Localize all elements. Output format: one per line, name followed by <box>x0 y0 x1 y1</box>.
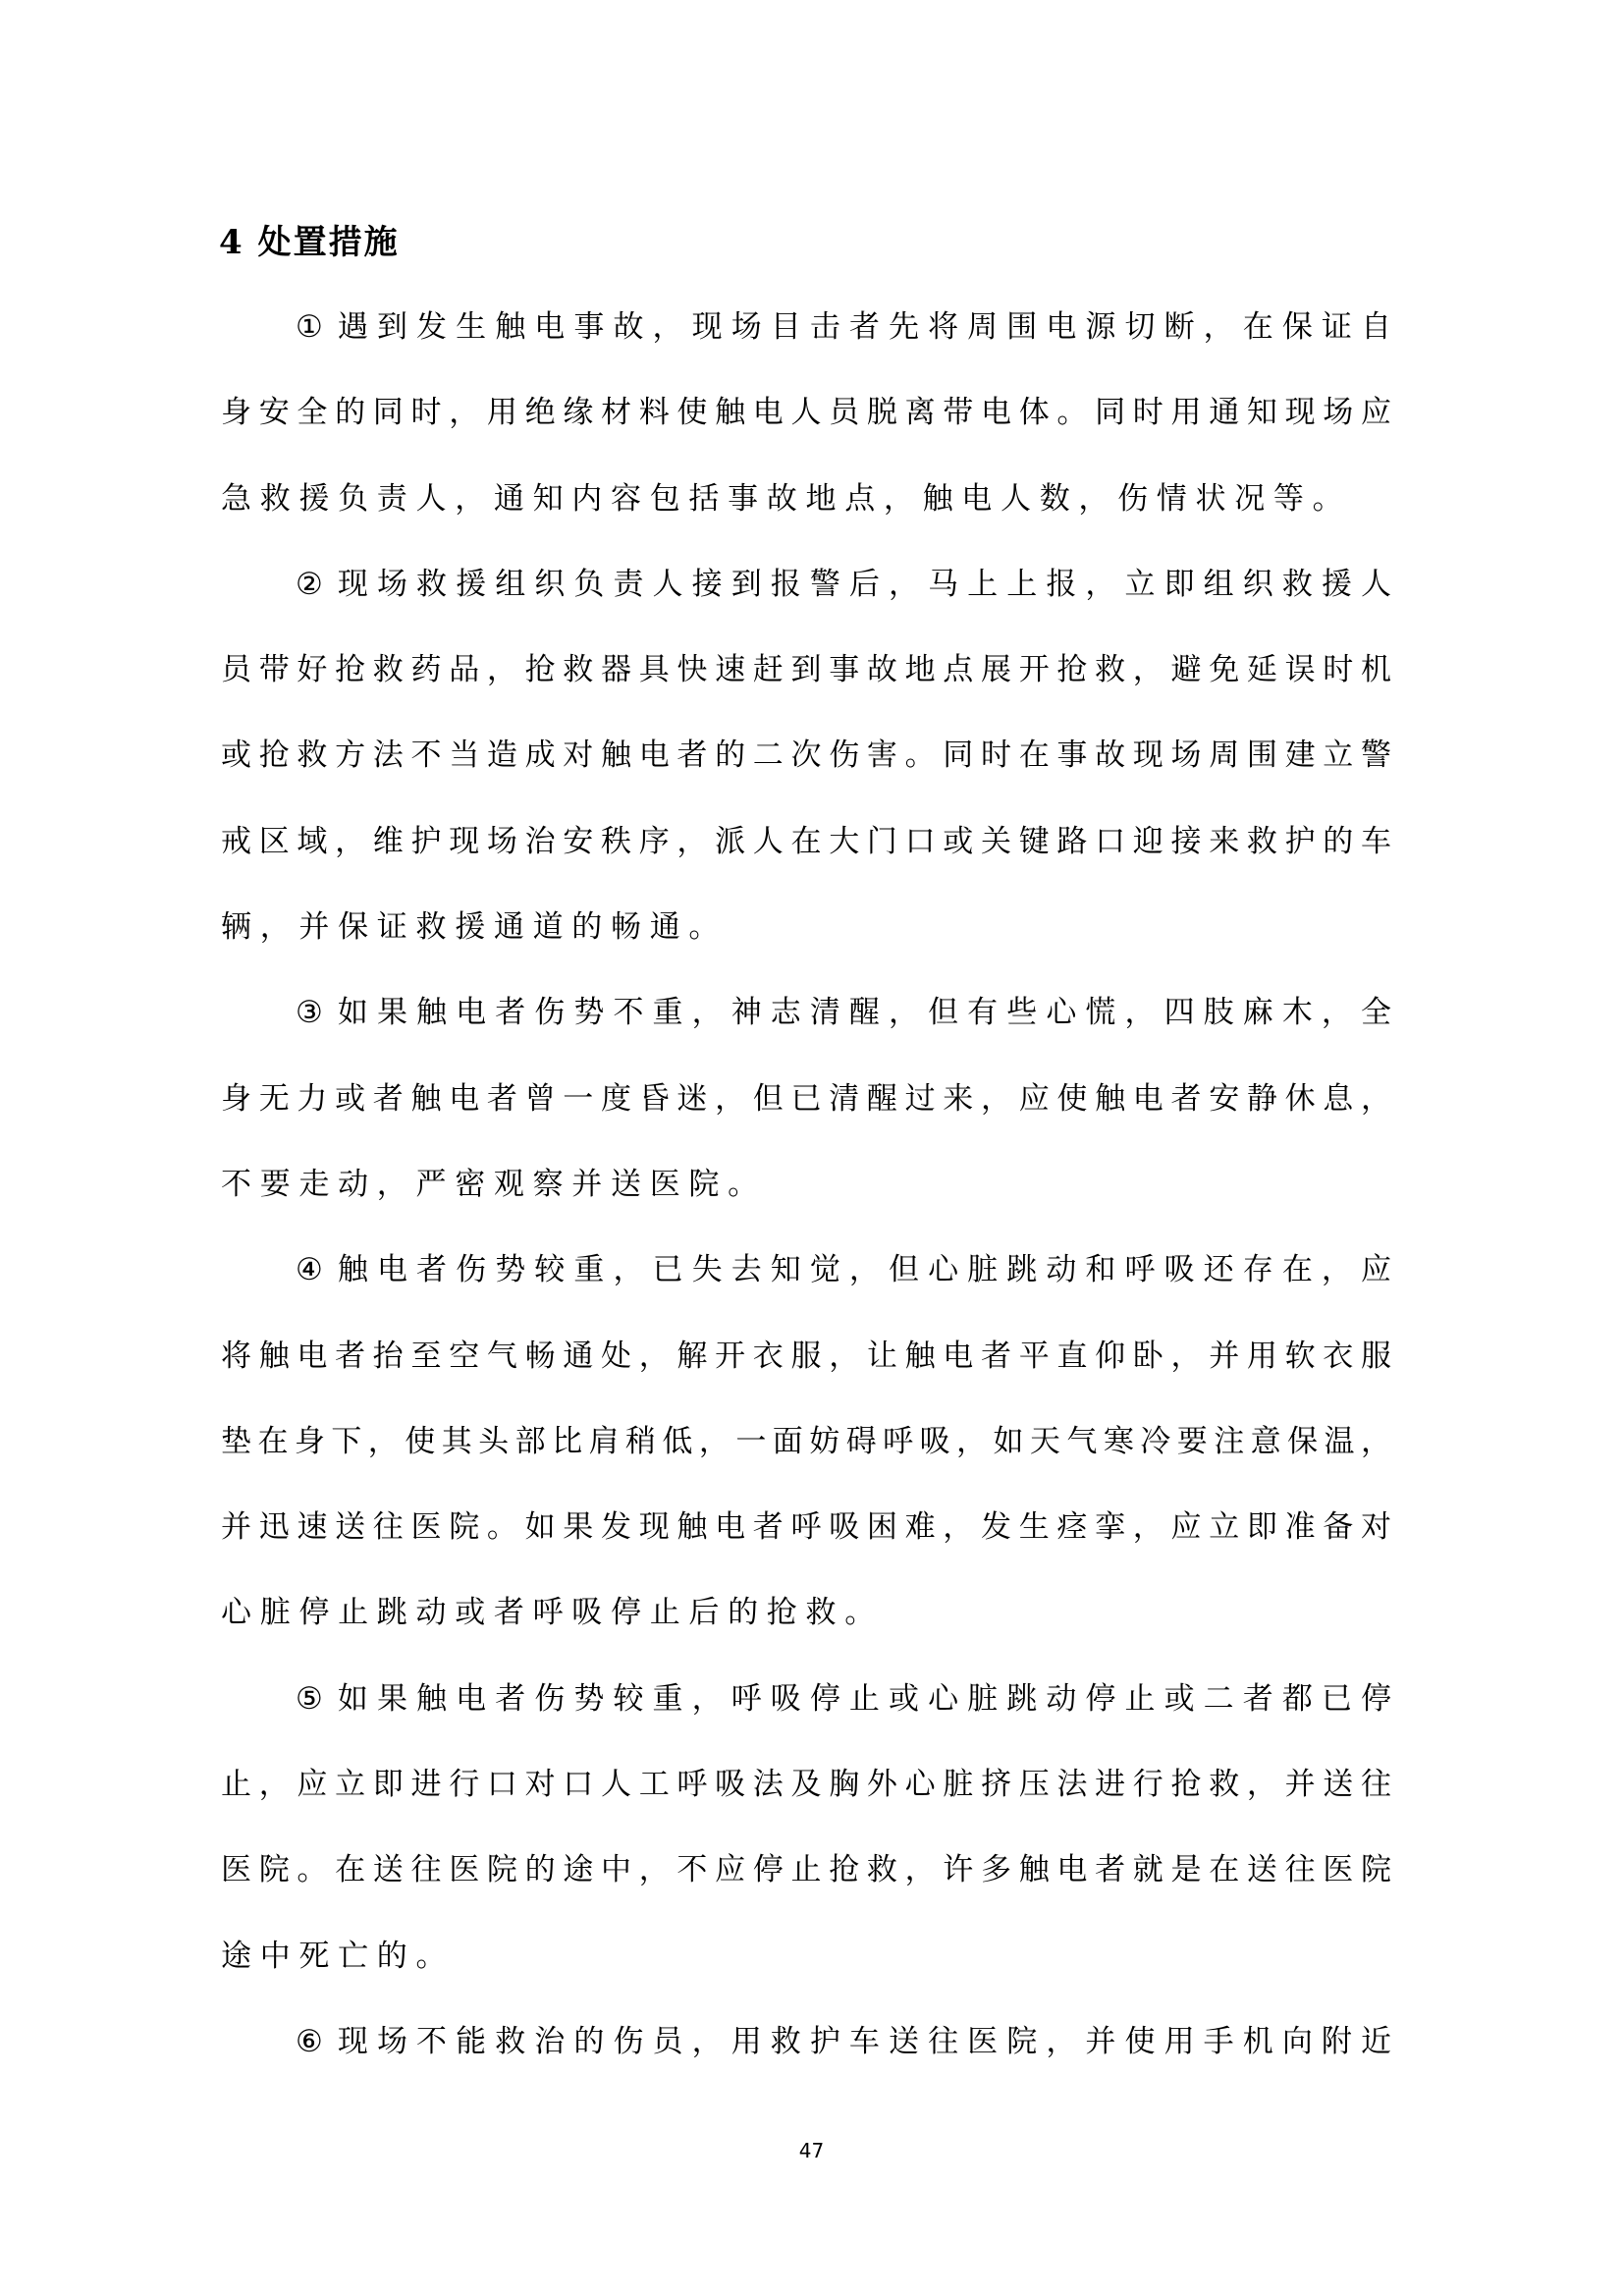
paragraph-1: ①遇到发生触电事故，现场目击者先将周围电源切断，在保证自 身安全的同时，用绝缘材… <box>221 303 1391 561</box>
paragraph-line: ③如果触电者伤势不重，神志清醒，但有些心慌，四肢麻木，全 <box>221 989 1391 1074</box>
paragraph-line: ⑥现场不能救治的伤员，用救护车送往医院，并使用手机向附近 <box>221 2018 1391 2104</box>
paragraph-line: ⑤如果触电者伤势较重，呼吸停止或心脏跳动停止或二者都已停 <box>221 1675 1391 1761</box>
paragraph-line: 止，应立即进行口对口人工呼吸法及胸外心脏挤压法进行抢救，并送往 <box>221 1761 1391 1846</box>
paragraph-line: 戒区域，维护现场治安秩序，派人在大门口或关键路口迎接来救护的车 <box>221 818 1391 903</box>
section-heading: 4处置措施 <box>219 218 400 267</box>
paragraph-line: 垫在身下，使其头部比肩稍低，一面妨碍呼吸，如天气寒冷要注意保温， <box>221 1418 1391 1503</box>
paragraph-line: 将触电者抬至空气畅通处，解开衣服，让触电者平直仰卧，并用软衣服 <box>221 1333 1391 1418</box>
paragraph-5: ⑤如果触电者伤势较重，呼吸停止或心脏跳动停止或二者都已停 止，应立即进行口对口人… <box>221 1675 1391 2018</box>
paragraph-line: 员带好抢救药品，抢救器具快速赶到事故地点展开抢救，避免延误时机 <box>221 646 1391 732</box>
paragraph-line: 身安全的同时，用绝缘材料使触电人员脱离带电体。同时用通知现场应 <box>221 389 1391 474</box>
line-text: 现场不能救治的伤员，用救护车送往医院，并使用手机向附近 <box>338 2024 1391 2059</box>
line-text: 遇到发生触电事故，现场目击者先将周围电源切断，在保证自 <box>338 309 1391 345</box>
list-marker: ⑤ <box>296 1681 332 1717</box>
line-text: 触电者伤势较重，已失去知觉，但心脏跳动和呼吸还存在，应 <box>338 1252 1391 1287</box>
paragraph-line: 并迅速送往医院。如果发现触电者呼吸困难，发生痉挛，应立即准备对 <box>221 1503 1391 1589</box>
paragraph-line: ④触电者伤势较重，已失去知觉，但心脏跳动和呼吸还存在，应 <box>221 1246 1391 1332</box>
line-text: 如果触电者伤势较重，呼吸停止或心脏跳动停止或二者都已停 <box>338 1681 1391 1717</box>
document-page: 4处置措施 ①遇到发生触电事故，现场目击者先将周围电源切断，在保证自 身安全的同… <box>0 0 1623 2296</box>
paragraph-line: ①遇到发生触电事故，现场目击者先将周围电源切断，在保证自 <box>221 303 1391 389</box>
list-marker: ⑥ <box>296 2024 332 2059</box>
line-text: 现场救援组织负责人接到报警后，马上上报，立即组织救援人 <box>338 567 1391 602</box>
paragraph-line: 医院。在送往医院的途中，不应停止抢救，许多触电者就是在送往医院 <box>221 1846 1391 1932</box>
section-number: 4 <box>219 223 244 262</box>
list-marker: ① <box>296 309 332 345</box>
paragraph-3: ③如果触电者伤势不重，神志清醒，但有些心慌，四肢麻木，全 身无力或者触电者曾一度… <box>221 989 1391 1246</box>
list-marker: ② <box>296 567 332 602</box>
paragraph-2: ②现场救援组织负责人接到报警后，马上上报，立即组织救援人 员带好抢救药品，抢救器… <box>221 561 1391 989</box>
line-text: 如果触电者伤势不重，神志清醒，但有些心慌，四肢麻木，全 <box>338 995 1391 1030</box>
section-title: 处置措施 <box>258 223 400 262</box>
paragraph-4: ④触电者伤势较重，已失去知觉，但心脏跳动和呼吸还存在，应 将触电者抬至空气畅通处… <box>221 1246 1391 1674</box>
paragraph-line: 途中死亡的。 <box>221 1933 1391 2018</box>
paragraph-6: ⑥现场不能救治的伤员，用救护车送往医院，并使用手机向附近 <box>221 2018 1391 2104</box>
paragraph-line: 辆，并保证救援通道的畅通。 <box>221 903 1391 989</box>
paragraph-line: ②现场救援组织负责人接到报警后，马上上报，立即组织救援人 <box>221 561 1391 646</box>
body-text: ①遇到发生触电事故，现场目击者先将周围电源切断，在保证自 身安全的同时，用绝缘材… <box>221 303 1391 2104</box>
paragraph-line: 或抢救方法不当造成对触电者的二次伤害。同时在事故现场周围建立警 <box>221 732 1391 817</box>
list-marker: ③ <box>296 995 332 1030</box>
paragraph-line: 身无力或者触电者曾一度昏迷，但已清醒过来，应使触电者安静休息， <box>221 1075 1391 1161</box>
page-number: 47 <box>0 2139 1623 2162</box>
list-marker: ④ <box>296 1252 332 1287</box>
paragraph-line: 心脏停止跳动或者呼吸停止后的抢救。 <box>221 1589 1391 1674</box>
paragraph-line: 不要走动，严密观察并送医院。 <box>221 1161 1391 1246</box>
paragraph-line: 急救援负责人，通知内容包括事故地点，触电人数，伤情状况等。 <box>221 475 1391 561</box>
